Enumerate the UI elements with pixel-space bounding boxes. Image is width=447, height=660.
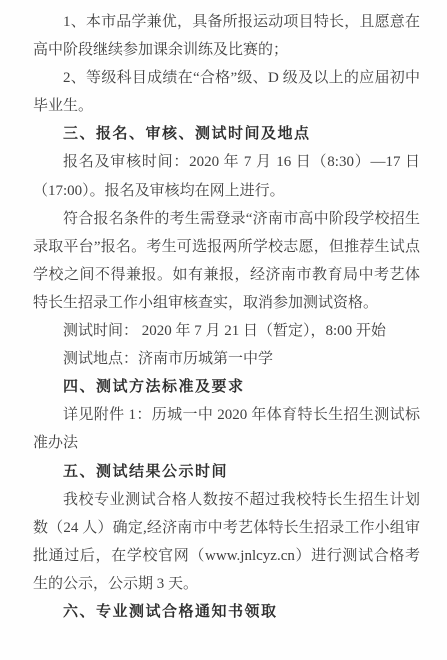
- section-heading-registration: 三、报名、审核、测试时间及地点: [33, 120, 420, 148]
- section-heading-test-method: 四、测试方法标准及要求: [33, 373, 420, 401]
- paragraph-result-publicity: 我校专业测试合格人数按不超过我校特长生招生计划数（24 人）确定,经济南市中考艺…: [33, 486, 420, 598]
- paragraph-signup-time: 报名及审核时间：2020 年 7 月 16 日（8:30）—17 日（17:00…: [33, 148, 420, 204]
- section-heading-notice-pickup: 六、专业测试合格通知书领取: [33, 598, 420, 626]
- paragraph-eligibility-2: 2、等级科目成绩在“合格”级、D 级及以上的应届初中毕业生。: [33, 64, 420, 120]
- paragraph-test-location: 测试地点：济南市历城第一中学: [33, 345, 420, 373]
- paragraph-signup-platform: 符合报名条件的考生需登录“济南市高中阶段学校招生录取平台”报名。考生可选报两所学…: [33, 205, 420, 317]
- section-heading-result-time: 五、测试结果公示时间: [33, 458, 420, 486]
- paragraph-test-standard: 详见附件 1：历城一中 2020 年体育特长生招生测试标准办法: [33, 401, 420, 457]
- paragraph-test-time: 测试时间： 2020 年 7 月 21 日（暂定），8:00 开始: [33, 317, 420, 345]
- document-page: 1、本市品学兼优，具备所报运动项目特长，且愿意在高中阶段继续参加课余训练及比赛的…: [0, 0, 447, 660]
- paragraph-eligibility-1: 1、本市品学兼优，具备所报运动项目特长，且愿意在高中阶段继续参加课余训练及比赛的…: [33, 8, 420, 64]
